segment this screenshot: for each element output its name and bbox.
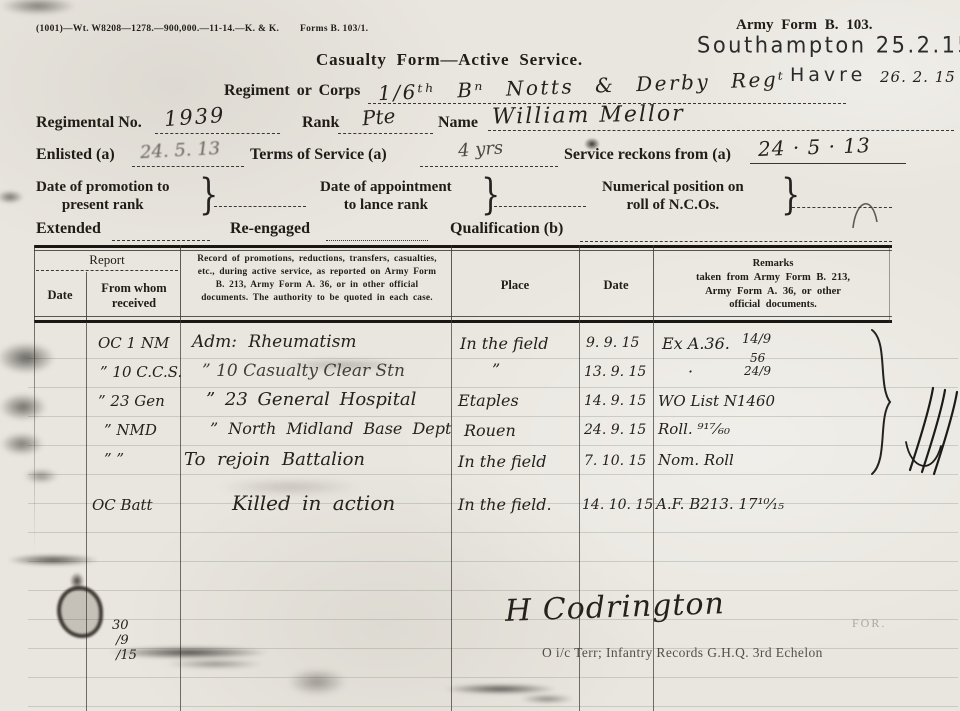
regiment-value: 1/6ᵗʰ Bⁿ Notts & Derby Regᵗ bbox=[378, 67, 786, 105]
row-1-date: 9. 9. 15 bbox=[586, 335, 639, 351]
row-1-remarks-note: 14/9 bbox=[742, 332, 771, 347]
havre-stamp-date: 26. 2. 15 bbox=[880, 68, 956, 86]
row-1-remarks: Ex A.36. bbox=[662, 334, 730, 353]
terms-value: 4 yrs bbox=[457, 137, 504, 161]
interline-note-bottom: 24/9 bbox=[744, 364, 771, 378]
row-6-remarks: A.F. B213. 17¹⁰⁄₁₅ bbox=[656, 495, 784, 513]
enlisted-label: Enlisted (a) bbox=[36, 146, 115, 164]
appointment-label: Date of appointment to lance rank bbox=[320, 178, 452, 214]
report-underrule bbox=[36, 270, 178, 271]
ink-smudge bbox=[0, 0, 88, 18]
records-office-stamp: O i/c Terr; Infantry Records G.H.Q. 3rd … bbox=[542, 645, 823, 661]
ink-blot-ring bbox=[57, 586, 103, 638]
date2-col-header: Date bbox=[579, 278, 653, 293]
row-4-date: 24. 9. 15 bbox=[584, 422, 646, 438]
table-header-bottom-rule-2 bbox=[34, 320, 892, 323]
name-value: William Mellor bbox=[492, 101, 685, 129]
remarks-col-title: Remarks bbox=[660, 258, 886, 269]
row-3-date: 14. 9. 15 bbox=[584, 393, 646, 409]
forms-ref: Forms B. 103/1. bbox=[300, 24, 368, 34]
regimental-no-value: 1939 bbox=[163, 103, 226, 131]
date-col-header: Date bbox=[34, 288, 86, 303]
header-vline-5 bbox=[653, 245, 654, 323]
regimental-no-underline bbox=[155, 133, 280, 134]
row-5-place: In the field bbox=[458, 452, 547, 471]
row-5-from: ” ” bbox=[104, 450, 124, 468]
row-5-remarks: Nom. Roll bbox=[658, 451, 734, 469]
qualification-underline bbox=[580, 241, 892, 242]
stray-pen-mark bbox=[850, 192, 880, 230]
numerical-label: Numerical position on roll of N.C.Os. bbox=[602, 178, 744, 214]
reckons-label: Service reckons from (a) bbox=[564, 146, 731, 164]
reckons-underline bbox=[750, 163, 906, 164]
row-3-record: ” 23 General Hospital bbox=[206, 389, 416, 410]
row-5-date: 7. 10. 15 bbox=[584, 453, 646, 469]
row-2-record: ” 10 Casualty Clear Stn bbox=[202, 361, 405, 381]
pen-flourish bbox=[903, 384, 960, 476]
ink-smudge bbox=[0, 188, 28, 206]
regiment-label: Regiment or Corps bbox=[224, 82, 360, 100]
extended-underline bbox=[112, 240, 210, 241]
row-6-from: OC Batt bbox=[92, 496, 153, 514]
row-4-remarks: Roll. ⁹¹⁷⁄₆₀ bbox=[658, 420, 730, 438]
fromwhom-col-header: From whom received bbox=[88, 281, 180, 311]
enlisted-underline bbox=[132, 166, 244, 167]
appointment-blank bbox=[494, 206, 586, 207]
promotion-label: Date of promotion to present rank bbox=[36, 178, 169, 214]
table-top-rule bbox=[34, 245, 892, 248]
row-4-place: Rouen bbox=[464, 421, 516, 440]
row-2-from: ” 10 C.C.S. bbox=[100, 363, 182, 381]
row-2-remarks: · bbox=[688, 362, 693, 381]
faint-stamp-fragment: FOR. bbox=[852, 616, 886, 631]
qualification-label: Qualification (b) bbox=[450, 220, 563, 238]
appointment-brace: } bbox=[481, 171, 500, 219]
printer-imprint: (1001)—Wt. W8208—1278.—900,000.—11-14.—K… bbox=[36, 24, 279, 34]
body-vline-1 bbox=[86, 322, 87, 711]
row-4-record: ” North Midland Base Dept bbox=[210, 419, 451, 438]
havre-stamp: Havre bbox=[790, 64, 866, 86]
report-col-header: Report bbox=[34, 252, 180, 268]
casualty-form-document: (1001)—Wt. W8208—1278.—900,000.—11-14.—K… bbox=[0, 0, 960, 711]
row-2-date: 13. 9. 15 bbox=[584, 364, 646, 380]
name-underline bbox=[488, 130, 954, 131]
reengaged-label: Re-engaged bbox=[230, 220, 310, 238]
reckons-value: 24 · 5 · 13 bbox=[758, 133, 872, 161]
row-6-record: Killed in action bbox=[232, 491, 395, 515]
header-vline-1 bbox=[86, 272, 87, 320]
row-6-date: 14. 10. 15 bbox=[582, 497, 653, 513]
interline-note-top: 56 bbox=[750, 351, 765, 365]
promotion-brace: } bbox=[199, 171, 218, 219]
table-header-bottom-rule bbox=[34, 316, 892, 317]
row-1-record: Adm: Rheumatism bbox=[192, 332, 357, 352]
date-note-year: /15 bbox=[116, 648, 137, 663]
table-border-right bbox=[889, 245, 890, 323]
place-col-header: Place bbox=[451, 278, 579, 293]
enlisted-value: 24. 5. 13 bbox=[140, 138, 221, 163]
table-top-rule-2 bbox=[34, 250, 892, 251]
rank-label: Rank bbox=[302, 114, 339, 132]
terms-label: Terms of Service (a) bbox=[250, 146, 387, 164]
remarks-col-header: taken from Army Form B. 213, Army Form A… bbox=[660, 271, 886, 312]
reengaged-underline bbox=[326, 240, 428, 241]
row-5-record: To rejoin Battalion bbox=[184, 449, 365, 470]
record-col-header: Record of promotions, reductions, transf… bbox=[194, 253, 440, 305]
body-vline-left bbox=[34, 322, 35, 552]
row-3-place: Etaples bbox=[458, 391, 519, 410]
header-vline-2 bbox=[180, 245, 181, 323]
form-title: Casualty Form—Active Service. bbox=[316, 50, 583, 70]
rank-value: Pte bbox=[361, 104, 396, 131]
extended-label: Extended bbox=[36, 220, 101, 238]
date-note-day: 30 bbox=[112, 618, 129, 633]
row-4-from: ” NMD bbox=[104, 421, 157, 439]
date-note-month: /9 bbox=[116, 633, 129, 648]
name-label: Name bbox=[438, 114, 478, 132]
numerical-brace: } bbox=[781, 171, 800, 219]
regimental-no-label: Regimental No. bbox=[36, 114, 142, 132]
row-1-place: In the field bbox=[460, 334, 549, 353]
row-3-remarks: WO List N1460 bbox=[658, 392, 775, 410]
rank-underline bbox=[338, 133, 433, 134]
body-vline-3 bbox=[451, 322, 452, 711]
ink-brace bbox=[866, 328, 896, 478]
row-6-place: In the field. bbox=[458, 495, 552, 514]
row-1-from: OC 1 NM bbox=[98, 334, 169, 352]
southampton-stamp: Southampton 25.2.15 bbox=[697, 32, 960, 57]
terms-underline bbox=[420, 166, 558, 167]
promotion-blank bbox=[214, 206, 306, 207]
row-2-place: ” bbox=[492, 360, 500, 379]
row-3-from: ” 23 Gen bbox=[98, 392, 165, 410]
